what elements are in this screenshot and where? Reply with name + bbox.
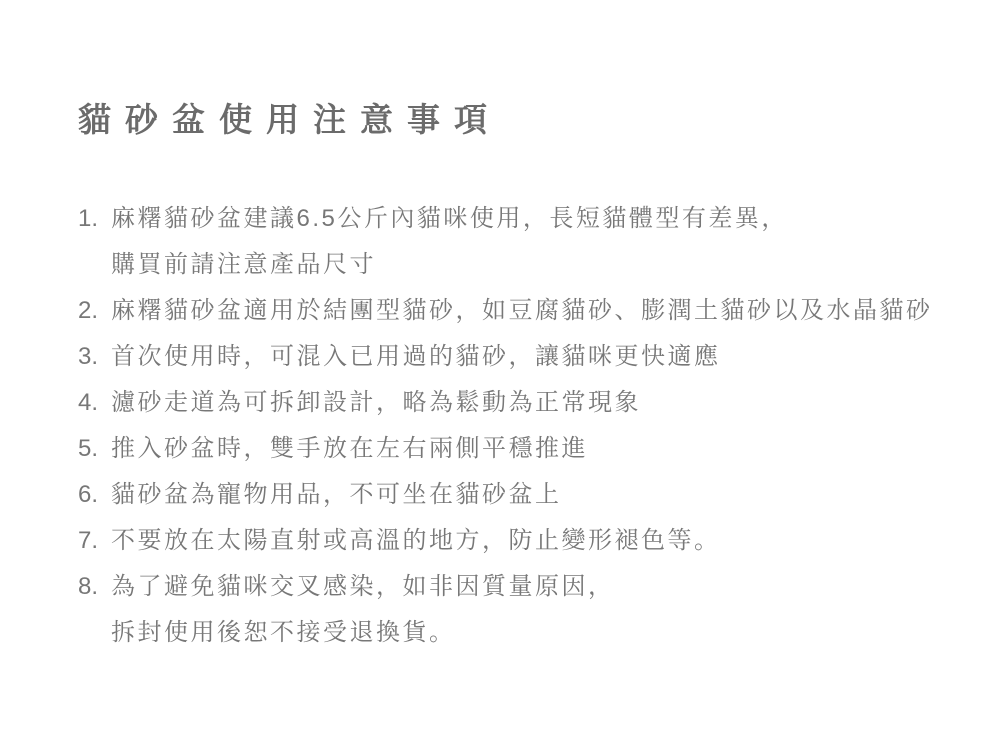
item-text: 購買前請注意產品尺寸 [111, 242, 960, 288]
item-text: 拆封使用後恕不接受退換貨。 [111, 610, 960, 656]
item-text: 推入砂盆時，雙手放在左右兩側平穩推進 [111, 426, 960, 472]
item-text: 濾砂走道為可拆卸設計，略為鬆動為正常現象 [111, 380, 960, 426]
list-item-3: 3. 首次使用時，可混入已用過的貓砂，讓貓咪更快適應 [78, 334, 960, 380]
item-text: 為了避免貓咪交叉感染，如非因質量原因， [111, 564, 960, 610]
notice-list: 1. 麻糬貓砂盆建議6.5公斤內貓咪使用，長短貓體型有差異， 購買前請注意產品尺… [78, 196, 960, 656]
list-item-8-continuation: 拆封使用後恕不接受退換貨。 [78, 610, 960, 656]
item-number: 3. [78, 334, 111, 380]
notice-page: 貓砂盆使用注意事項 1. 麻糬貓砂盆建議6.5公斤內貓咪使用，長短貓體型有差異，… [0, 0, 1000, 748]
item-text: 不要放在太陽直射或高溫的地方，防止變形褪色等。 [111, 518, 960, 564]
item-text: 麻糬貓砂盆建議6.5公斤內貓咪使用，長短貓體型有差異， [111, 196, 960, 242]
list-item-6: 6. 貓砂盆為寵物用品，不可坐在貓砂盆上 [78, 472, 960, 518]
list-item-8: 8. 為了避免貓咪交叉感染，如非因質量原因， [78, 564, 960, 610]
item-text: 貓砂盆為寵物用品，不可坐在貓砂盆上 [111, 472, 960, 518]
list-item-4: 4. 濾砂走道為可拆卸設計，略為鬆動為正常現象 [78, 380, 960, 426]
item-number: 7. [78, 518, 111, 564]
item-number: 2. [78, 288, 111, 334]
list-item-2: 2. 麻糬貓砂盆適用於結團型貓砂，如豆腐貓砂、膨潤土貓砂以及水晶貓砂 [78, 288, 960, 334]
item-number: 4. [78, 380, 111, 426]
item-text: 首次使用時，可混入已用過的貓砂，讓貓咪更快適應 [111, 334, 960, 380]
item-number: 1. [78, 196, 111, 242]
item-number: 5. [78, 426, 111, 472]
page-title: 貓砂盆使用注意事項 [78, 100, 960, 140]
list-item-7: 7. 不要放在太陽直射或高溫的地方，防止變形褪色等。 [78, 518, 960, 564]
item-number: 6. [78, 472, 111, 518]
list-item-5: 5. 推入砂盆時，雙手放在左右兩側平穩推進 [78, 426, 960, 472]
item-number: 8. [78, 564, 111, 610]
list-item-1-continuation: 購買前請注意產品尺寸 [78, 242, 960, 288]
item-text: 麻糬貓砂盆適用於結團型貓砂，如豆腐貓砂、膨潤土貓砂以及水晶貓砂 [111, 288, 960, 334]
list-item-1: 1. 麻糬貓砂盆建議6.5公斤內貓咪使用，長短貓體型有差異， [78, 196, 960, 242]
